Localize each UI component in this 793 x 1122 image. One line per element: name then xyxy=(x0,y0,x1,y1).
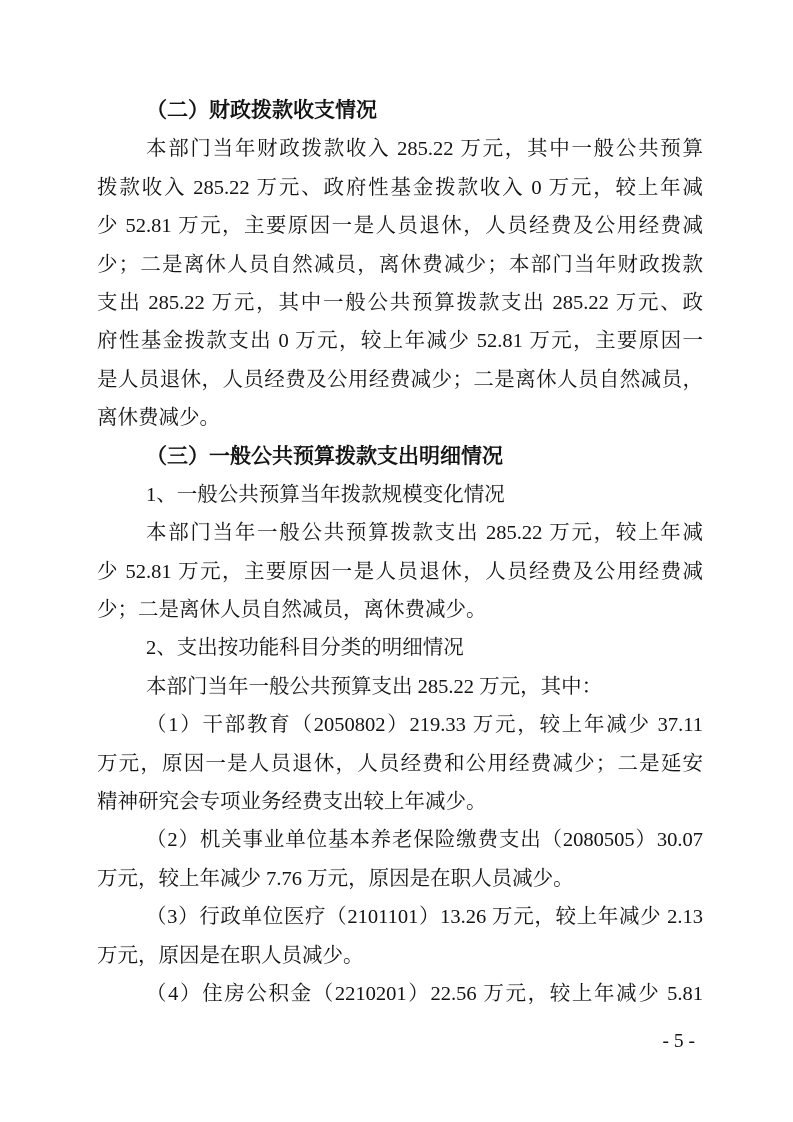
text-line: 少 52.81 万元，主要原因一是人员退休，人员经费及公用经费减 xyxy=(97,553,703,591)
text-line: 万元，原因一是人员退休，人员经费和公用经费减少；二是延安 xyxy=(97,745,703,783)
text-line: （3）行政单位医疗（2101101）13.26 万元，较上年减少 2.13 xyxy=(97,898,703,936)
text-line: 2、支出按功能科目分类的明细情况 xyxy=(97,629,703,667)
text-line: 离休费减少。 xyxy=(97,399,703,437)
text-line: （1）干部教育（2050802）219.33 万元，较上年减少 37.11 xyxy=(97,706,703,744)
body-text: （二）财政拨款收支情况本部门当年财政拨款收入 285.22 万元，其中一般公共预… xyxy=(97,92,703,1013)
text-line: 1、一般公共预算当年拨款规模变化情况 xyxy=(97,476,703,514)
text-line: 拨款收入 285.22 万元、政府性基金拨款收入 0 万元，较上年减 xyxy=(97,169,703,207)
document-page: （二）财政拨款收支情况本部门当年财政拨款收入 285.22 万元，其中一般公共预… xyxy=(0,0,793,1122)
text-line: 少；二是离休人员自然减员，离休费减少。 xyxy=(97,591,703,629)
text-line: 是人员退休，人员经费及公用经费减少；二是离休人员自然减员， xyxy=(97,361,703,399)
page-number: - 5 - xyxy=(663,1029,696,1055)
section-heading: （三）一般公共预算拨款支出明细情况 xyxy=(97,438,703,476)
text-line: 万元，原因是在职人员减少。 xyxy=(97,937,703,975)
text-line: 万元，较上年减少 7.76 万元，原因是在职人员减少。 xyxy=(97,860,703,898)
text-line: 少；二是离休人员自然减员，离休费减少；本部门当年财政拨款 xyxy=(97,246,703,284)
text-line: 本部门当年一般公共预算支出 285.22 万元，其中： xyxy=(97,668,703,706)
text-line: 少 52.81 万元，主要原因一是人员退休，人员经费及公用经费减 xyxy=(97,207,703,245)
section-heading: （二）财政拨款收支情况 xyxy=(97,92,703,130)
text-line: 支出 285.22 万元，其中一般公共预算拨款支出 285.22 万元、政 xyxy=(97,284,703,322)
text-line: 本部门当年财政拨款收入 285.22 万元，其中一般公共预算 xyxy=(97,130,703,168)
text-line: 府性基金拨款支出 0 万元，较上年减少 52.81 万元，主要原因一 xyxy=(97,322,703,360)
text-line: 本部门当年一般公共预算拨款支出 285.22 万元，较上年减 xyxy=(97,514,703,552)
text-line: （2）机关事业单位基本养老保险缴费支出（2080505）30.07 xyxy=(97,821,703,859)
text-line: （4）住房公积金（2210201）22.56 万元，较上年减少 5.81 xyxy=(97,975,703,1013)
text-line: 精神研究会专项业务经费支出较上年减少。 xyxy=(97,783,703,821)
